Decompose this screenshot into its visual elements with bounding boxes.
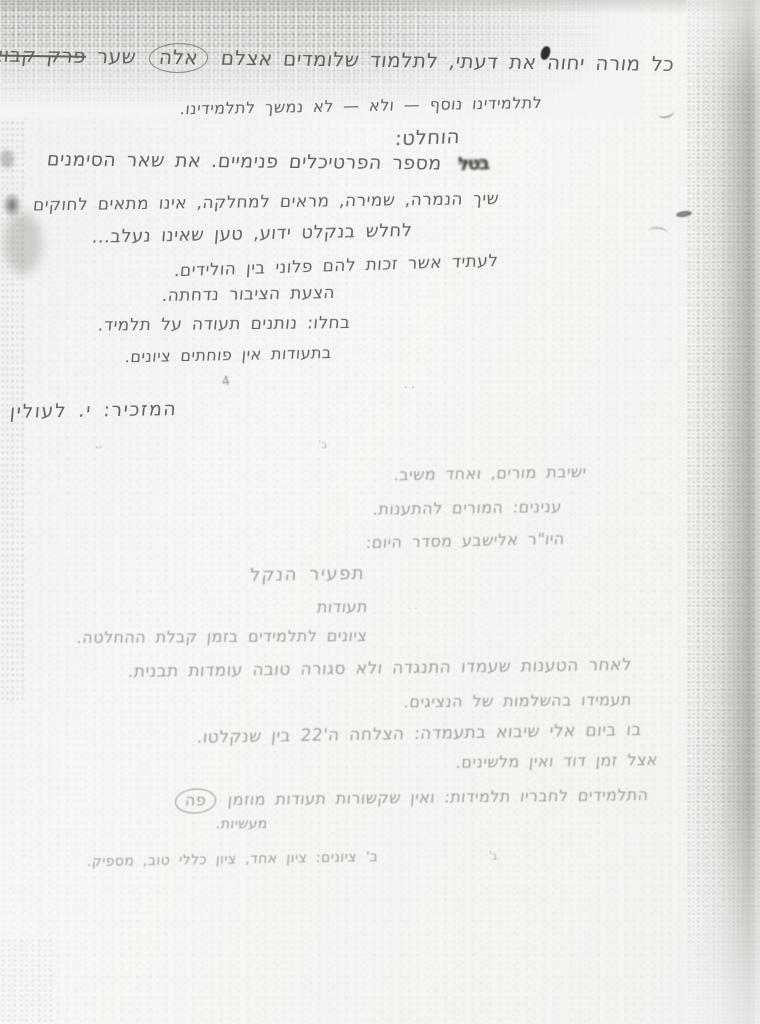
- line-1-text: כל מורה יחוה את דעתי, לתלמוד שלומדים אצל…: [219, 46, 675, 76]
- signature-text: המזכיר: י. לעולין: [9, 398, 178, 423]
- line-17-text: ציונים לתלמידים בזמן קבלת ההחלטה.: [76, 626, 368, 647]
- line-8-text: הצעת הציבור נדחתה.: [161, 283, 336, 306]
- handwriting-line-15: תפעיר הנקל: [250, 563, 366, 586]
- line-16-text: תעודות: [316, 597, 369, 616]
- circled-word: אלה: [147, 43, 210, 74]
- bottom-left-corner-noise: [0, 938, 54, 1024]
- top-edge-noise: [0, 0, 760, 15]
- line-13-text: ענינים: המורים להתענות.: [372, 497, 562, 519]
- left-margin-smudge-2: [0, 150, 14, 168]
- handwriting-line-9: בחלו: נותנים תעודה על תלמיד.: [98, 313, 350, 336]
- handwriting-line-17: ציונים לתלמידים בזמן קבלת ההחלטה.: [77, 626, 367, 647]
- handwriting-line-12: ישיבת מורים, ואחד משיב.: [394, 462, 587, 484]
- line-4-text: מספר הפרטיכלים פנימיים. את שאר הסימנים: [46, 148, 443, 174]
- right-scan-edge-shadow: [686, 0, 760, 1024]
- line-3-text: הוחלט:: [394, 124, 461, 150]
- circled-word-2: פה: [174, 788, 218, 814]
- line-19-text: תעמידו בהשלמות של הנציגים.: [403, 690, 633, 711]
- line-9-text: בחלו: נותנים תעודה על תלמיד.: [97, 313, 351, 336]
- handwriting-line-13: ענינים: המורים להתענות.: [373, 497, 562, 519]
- line-12-text: ישיבת מורים, ואחד משיב.: [394, 462, 588, 484]
- line-22-text: התלמידים לחבריו תלמידות: ואין שקשורות תע…: [227, 785, 649, 809]
- left-margin-smudge: [4, 212, 42, 274]
- handwriting-line-8: הצעת הציבור נדחתה.: [162, 283, 335, 306]
- handwriting-line-21: אצל זמן דוד ואין מלשינים.: [456, 750, 658, 772]
- stray-mark-bet: ב': [318, 438, 327, 451]
- handwriting-line-3: הוחלט:: [395, 124, 461, 150]
- line-1-mid-text: שער: [96, 44, 138, 69]
- handwriting-line-4: בטל מספר הפרטיכלים פנימיים. את שאר הסימנ…: [47, 148, 488, 175]
- signature-dots: ··: [95, 441, 102, 454]
- handwriting-line-23: מעשיות.: [216, 816, 268, 832]
- line-21-text: אצל זמן דוד ואין מלשינים.: [455, 750, 658, 772]
- handwriting-line-16: תעודות: [317, 597, 368, 616]
- stray-dots-2: · ·: [408, 604, 418, 615]
- stray-dots: · ·: [404, 381, 415, 394]
- stray-mark-gimel: ג': [489, 849, 497, 863]
- inked-out-word: בטל: [458, 152, 489, 175]
- struck-word: פרק קבוצה: [0, 42, 88, 67]
- line-15-text: תפעיר הנקל: [249, 563, 366, 586]
- line-23-text: מעשיות.: [216, 816, 269, 832]
- scanned-page: כל מורה יחוה את דעתי, לתלמוד שלומדים אצל…: [0, 0, 760, 1024]
- handwriting-line-19: תעמידו בהשלמות של הנציגים.: [404, 690, 632, 711]
- secretary-signature-line: המזכיר: י. לעולין: [10, 398, 178, 423]
